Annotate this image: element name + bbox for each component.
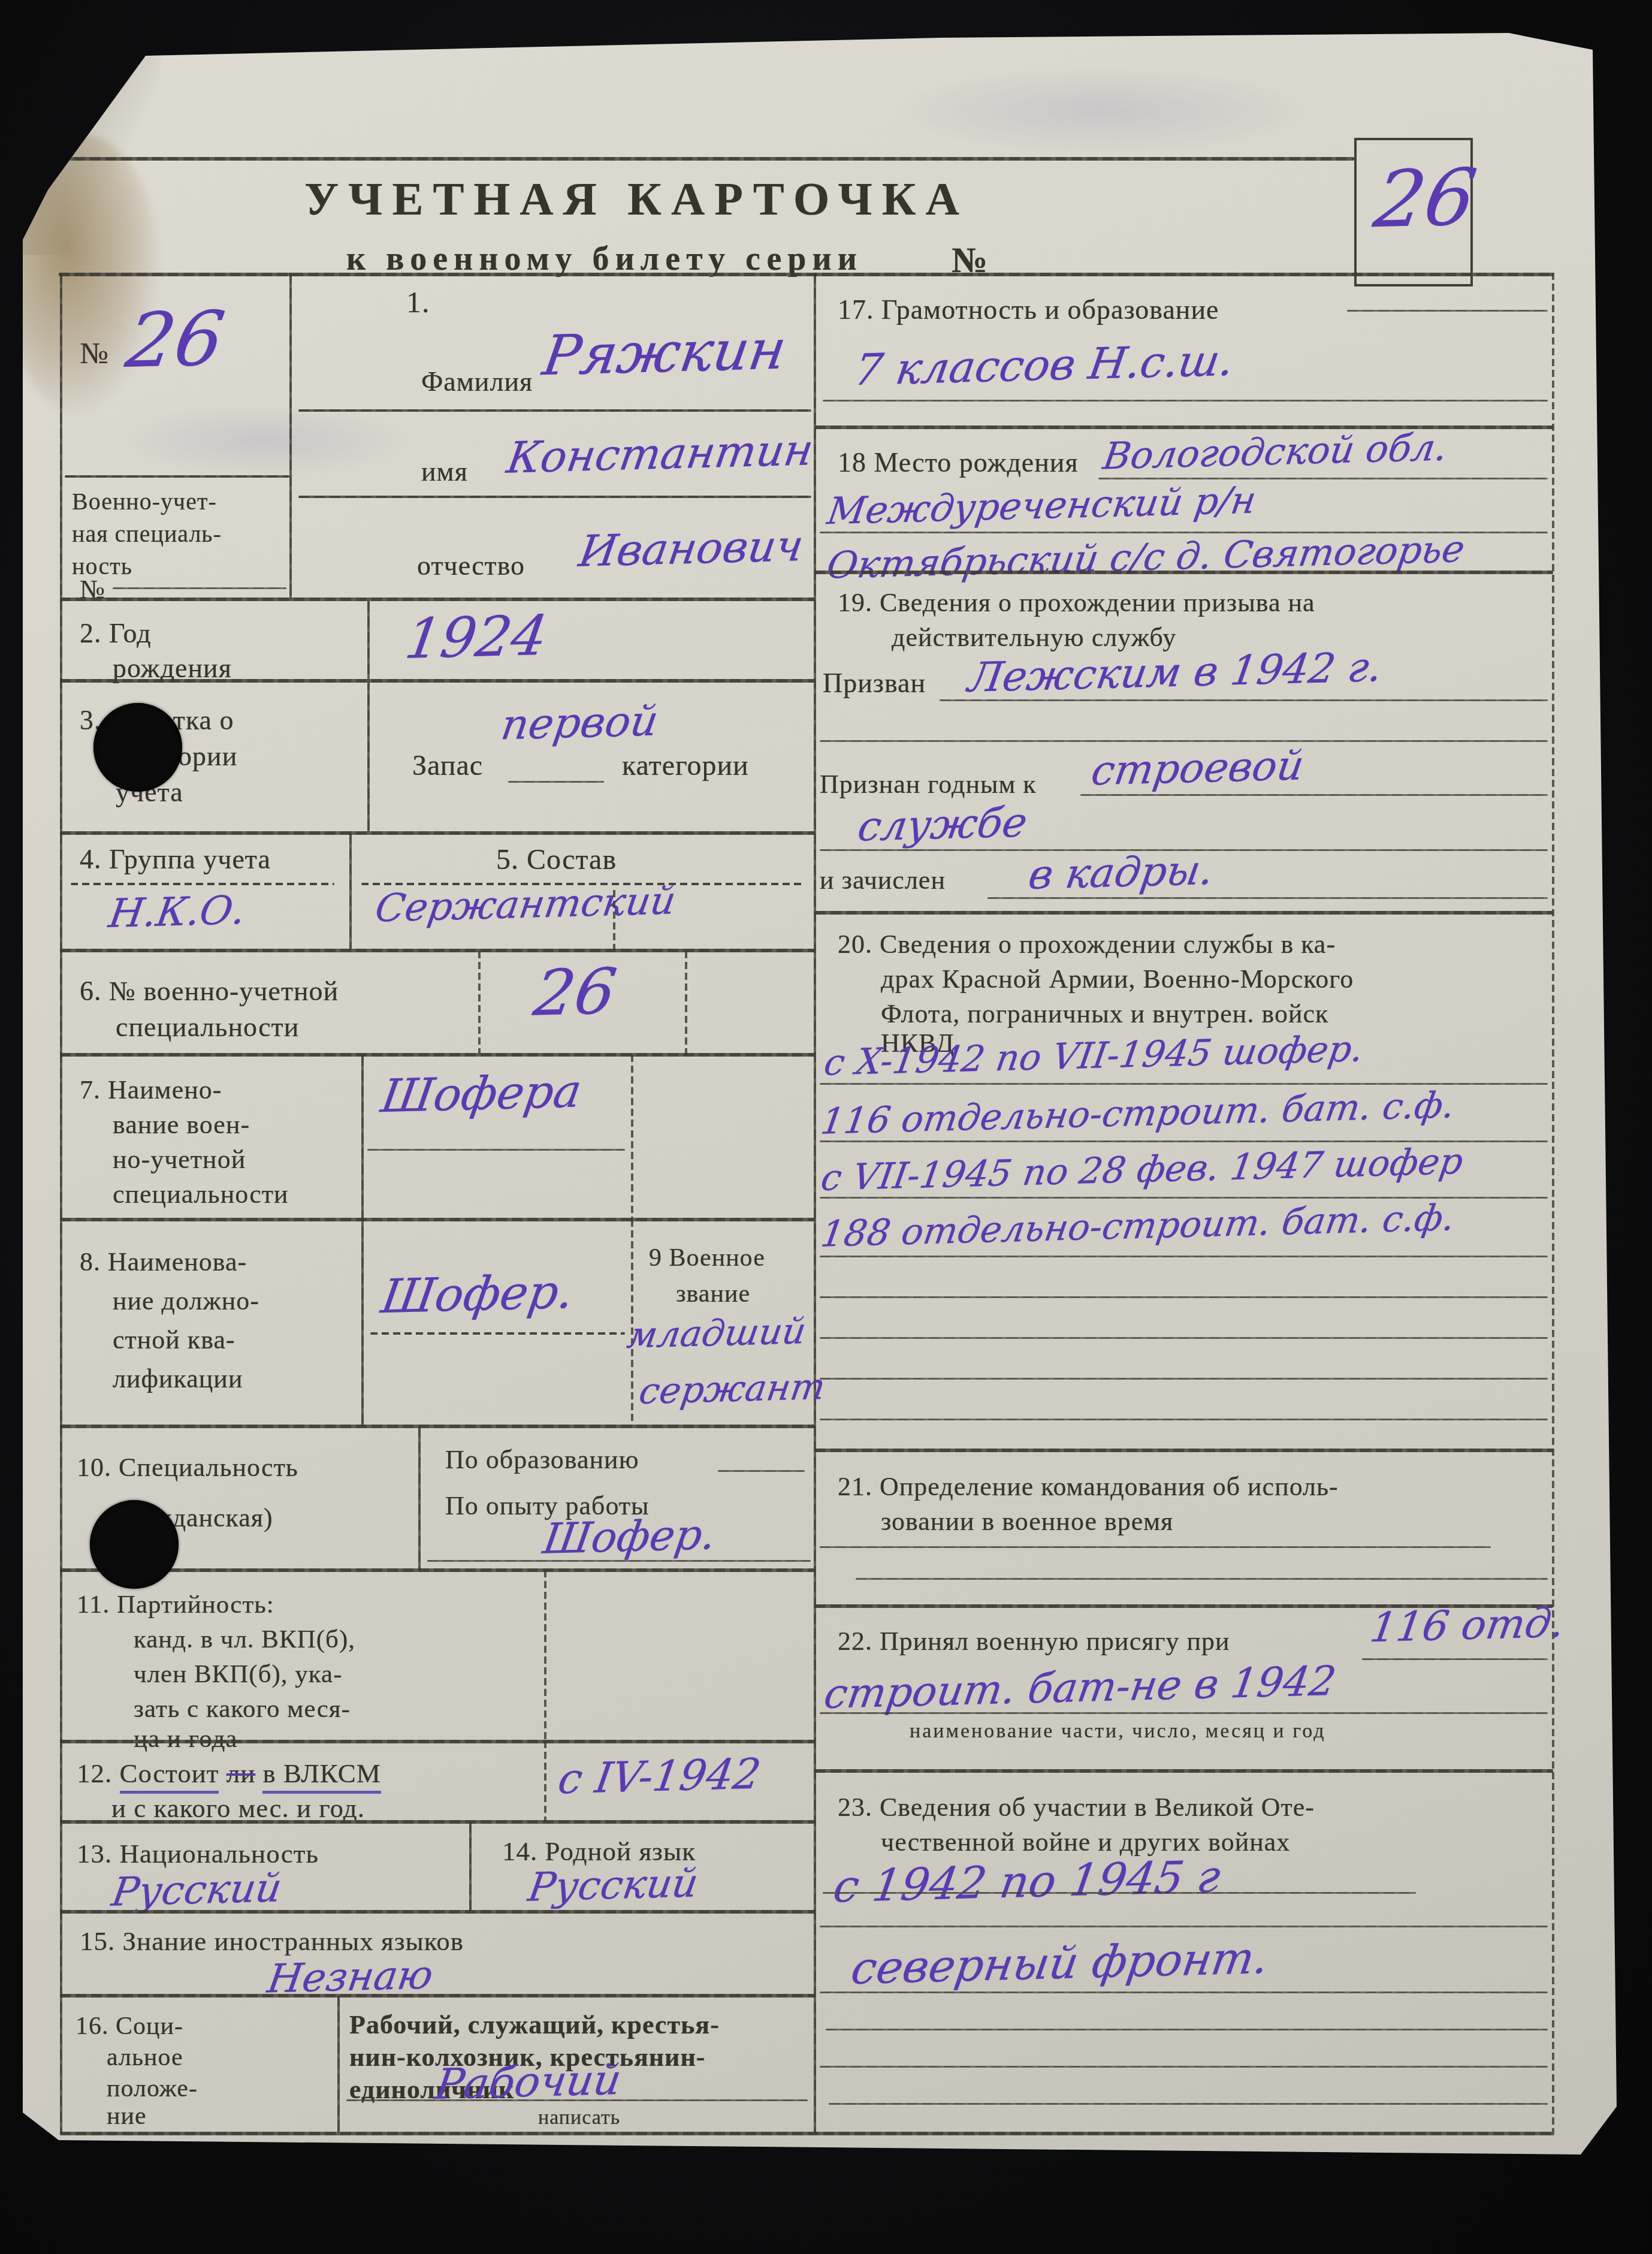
field11-label-line: канд. в чл. ВКП(б), xyxy=(134,1625,355,1654)
field5-label: 5. Состав xyxy=(496,843,617,876)
rule-line xyxy=(59,157,1354,161)
registration-card-sheet: УЧЕТНАЯ КАРТОЧКА к военному билету серии… xyxy=(23,33,1617,2155)
table-top-rule xyxy=(59,273,1554,276)
field12-label-line1: 12. Состоит ли в ВЛКСМ xyxy=(77,1758,381,1789)
field20-label-line: 20. Сведения о прохождении службы в ка- xyxy=(838,929,1336,959)
birthplace-line: Междуреченский р/н xyxy=(825,478,1259,533)
ink-ghost xyxy=(113,405,412,476)
field6-label-line: специальности xyxy=(116,1011,299,1043)
row-divider xyxy=(815,571,1553,574)
field11-label-line: член ВКП(б), ука- xyxy=(134,1659,343,1689)
divider-line xyxy=(544,1741,546,1822)
field7-label-line: но-учетной xyxy=(113,1144,246,1175)
field16-label-line: 16. Соци- xyxy=(75,2012,183,2041)
reg-no2-label: № xyxy=(80,574,105,605)
field9-label-line: 9 Военное xyxy=(649,1244,765,1272)
field12-num: 12. xyxy=(77,1758,112,1788)
name-value: Константин xyxy=(504,424,817,482)
service-record-line: с VII-1945 по 28 фев. 1947 шофер xyxy=(818,1140,1466,1199)
row-divider xyxy=(60,1218,815,1221)
vus-label-line: Военно-учет- xyxy=(72,487,217,515)
rule-line xyxy=(826,2029,1548,2030)
name-label: имя xyxy=(421,455,468,487)
torn-corner-fold xyxy=(23,51,161,255)
rule-line xyxy=(298,496,811,498)
reg-no-value: 26 xyxy=(121,295,230,385)
field23-label-line: 23. Сведения об участии в Великой Оте- xyxy=(838,1792,1315,1822)
rule-line xyxy=(298,409,811,412)
rule-line xyxy=(427,1560,811,1562)
rule-line xyxy=(820,1419,1548,1420)
row-divider xyxy=(60,1994,815,1997)
rule-line xyxy=(367,1149,625,1151)
field2-label-line: 2. Год xyxy=(80,617,152,649)
row-divider xyxy=(815,911,1553,915)
rule-line xyxy=(820,1296,1548,1298)
rule-line xyxy=(508,781,604,783)
row-divider xyxy=(815,1769,1553,1773)
row-divider xyxy=(815,1449,1553,1452)
education-value: 7 классов Н.с.ш. xyxy=(851,335,1237,395)
row-divider xyxy=(60,949,815,952)
field4-label: 4. Группа учета xyxy=(80,843,271,875)
rule-line xyxy=(65,475,289,478)
rule-line xyxy=(940,699,1548,701)
field9-label-line: звание xyxy=(676,1280,750,1308)
row-divider xyxy=(60,1568,815,1572)
patronymic-label: отчество xyxy=(417,550,525,581)
sluzhbe-value: службе xyxy=(854,799,1030,850)
field6-label-line: 6. № военно-учетной xyxy=(80,975,339,1007)
row-divider xyxy=(60,1820,815,1824)
row-divider xyxy=(60,1910,815,1914)
field16-label-line: положе- xyxy=(107,2074,198,2103)
rule-line xyxy=(820,1926,1548,1927)
row-divider xyxy=(60,831,815,835)
birthplace-line: Октябрьский с/с д. Святогорье xyxy=(824,527,1467,587)
position-value: Шофер. xyxy=(378,1265,578,1324)
war-participation-line: северный фронт. xyxy=(848,1932,1272,1994)
rule-line xyxy=(829,2103,1548,2105)
rule-line xyxy=(113,587,286,589)
rule-line xyxy=(823,1892,1416,1894)
row-divider xyxy=(60,1740,815,1743)
row-divider xyxy=(60,1053,815,1057)
divider-line xyxy=(289,273,292,599)
field8-label-line: лификации xyxy=(113,1363,243,1394)
field19-label-line: 19. Сведения о прохождении призыва на xyxy=(838,587,1315,618)
godn-value: строевой xyxy=(1088,742,1307,795)
field16-label-line: ние xyxy=(107,2102,147,2131)
ink-ghost xyxy=(892,69,1311,153)
field21-label-line: 21. Определение командования об исполь- xyxy=(838,1471,1339,1502)
rule-line xyxy=(820,1546,1491,1548)
zapas-label: Запас xyxy=(412,749,483,782)
rule-line xyxy=(987,897,1548,899)
table-left-border xyxy=(60,273,62,2134)
civil-specialty-value: Шофер. xyxy=(540,1510,719,1563)
field8-label-line: 8. Наименова- xyxy=(80,1247,247,1277)
sostav-value: Сержантский xyxy=(372,879,678,931)
rule-line xyxy=(346,2099,808,2101)
table-center-divider xyxy=(814,273,816,2134)
rank-value-line: сержант xyxy=(636,1366,828,1413)
table-bottom-rule xyxy=(60,2132,1554,2135)
vus-number-value: 26 xyxy=(530,955,621,1030)
field1-number: 1. xyxy=(406,285,430,319)
rule-line xyxy=(823,400,1548,402)
divider-line xyxy=(685,951,687,1055)
rule-line xyxy=(820,2066,1548,2068)
row-divider xyxy=(60,1425,815,1428)
field11-label-line: зать с какого меся- xyxy=(134,1694,351,1724)
field10-label-line: 10. Специальность xyxy=(77,1452,298,1483)
divider-line xyxy=(361,1055,364,1426)
field16-desc-line: Рабочий, служащий, крестья- xyxy=(349,2009,720,2040)
rule-line xyxy=(1362,1658,1548,1660)
field23-label-line: чественной войне и других войнах xyxy=(881,1827,1290,1857)
rule-line xyxy=(820,1337,1548,1339)
vus-label-line: ная специаль- xyxy=(72,520,222,548)
surname-value: Ряжкин xyxy=(539,318,790,388)
rule-line xyxy=(820,1378,1548,1380)
rule-line xyxy=(856,1578,1548,1580)
field7-label-line: 7. Наимено- xyxy=(80,1075,222,1105)
rule-line xyxy=(718,1470,805,1472)
birthplace-line: Вологодской обл. xyxy=(1100,426,1450,478)
field7-label-line: вание воен- xyxy=(113,1109,250,1140)
rule-line xyxy=(820,740,1548,742)
zachislen-value: в кадры. xyxy=(1025,847,1216,899)
field12-sostoit: Состоит xyxy=(120,1758,219,1794)
divider-line xyxy=(631,1055,633,1220)
vus-name-value: Шофера xyxy=(378,1064,585,1123)
card-number-value: 26 xyxy=(1369,152,1482,245)
divider-line xyxy=(478,951,481,1055)
service-record-line: 116 отдельно-строит. бат. с.ф. xyxy=(818,1084,1457,1143)
field7-label-line: специальности xyxy=(113,1179,289,1209)
field21-label-line: зовании в военное время xyxy=(881,1506,1173,1537)
divider-line xyxy=(367,601,370,832)
birth-year-value: 1924 xyxy=(401,604,551,671)
field8-label-line: ние должно- xyxy=(113,1286,259,1316)
field22-label: 22. Принял военную присягу при xyxy=(838,1626,1230,1656)
rule-line xyxy=(370,1332,625,1335)
rule-line xyxy=(1080,794,1548,796)
reg-no-label: № xyxy=(80,336,109,370)
field12-li: ли xyxy=(226,1758,256,1788)
rank-value-line: младший xyxy=(624,1310,809,1357)
field22-caption: наименование части, число, месяц и год xyxy=(910,1720,1326,1743)
group-value: Н.К.О. xyxy=(106,887,249,937)
field20-label-line: драх Красной Армии, Военно-Морского xyxy=(881,964,1354,994)
table-right-border xyxy=(1552,273,1554,2134)
by-education-label: По образованию xyxy=(445,1444,639,1475)
field16-label-line: альное xyxy=(107,2043,183,2072)
field18-label: 18 Место рождения xyxy=(838,446,1079,478)
prizvan-label: Призван xyxy=(823,667,926,699)
vlksm-value: с IV-1942 xyxy=(555,1749,764,1804)
hole-punch xyxy=(90,1500,179,1589)
nationality-value: Русский xyxy=(109,1864,285,1915)
field11-label-line: ца и года xyxy=(134,1724,237,1754)
field20-label-line: Флота, пограничных и внутрен. войск xyxy=(881,998,1328,1029)
field11-label-line: 11. Партийность: xyxy=(77,1590,274,1619)
rule-line xyxy=(820,1256,1548,1257)
native-language-value: Русский xyxy=(526,1860,702,1910)
field16-caption: написать xyxy=(538,2107,620,2129)
hole-punch xyxy=(93,703,182,792)
rule-line xyxy=(1098,478,1548,479)
rule-line xyxy=(820,1712,1548,1714)
field19-label-line: действительную службу xyxy=(892,622,1176,653)
divider-line xyxy=(613,890,615,950)
divider-line xyxy=(349,833,352,950)
row-divider xyxy=(60,598,815,601)
divider-line xyxy=(469,1822,472,1912)
oath-value-1: 116 отд. xyxy=(1367,1600,1568,1652)
card-title: УЧЕТНАЯ КАРТОЧКА xyxy=(304,172,969,226)
godn-label: Признан годным к xyxy=(820,769,1037,799)
zachislen-label: и зачислен xyxy=(820,865,946,895)
divider-line xyxy=(544,1570,546,1741)
divider-line xyxy=(418,1426,421,1570)
oath-value-2: строит. бат-не в 1942 xyxy=(821,1658,1339,1718)
rule-line xyxy=(71,883,334,885)
field12-label-line2: и с какого мес. и год. xyxy=(111,1793,365,1824)
field8-label-line: стной ква- xyxy=(113,1324,235,1355)
prizvan-value: Лежским в 1942 г. xyxy=(965,644,1385,702)
surname-label: Фамилия xyxy=(421,366,533,397)
patronymic-value: Иванович xyxy=(576,520,807,577)
field12-vlksm: в ВЛКСМ xyxy=(262,1758,380,1794)
rule-line xyxy=(1347,310,1548,312)
category-value: первой xyxy=(498,696,662,750)
war-participation-line: с 1942 по 1945 г xyxy=(830,1851,1224,1913)
divider-line xyxy=(337,1996,340,2132)
kategorii-label: категории xyxy=(622,749,749,782)
photo-backdrop: { "header": { "title": "УЧЕТНАЯ КАРТОЧКА… xyxy=(0,0,1652,2254)
service-record-line: 188 отдельно-строит. бат. с.ф. xyxy=(818,1197,1457,1256)
row-divider xyxy=(60,679,815,683)
field17-label: 17. Грамотность и образование xyxy=(838,294,1219,325)
rule-line xyxy=(820,1992,1548,1993)
